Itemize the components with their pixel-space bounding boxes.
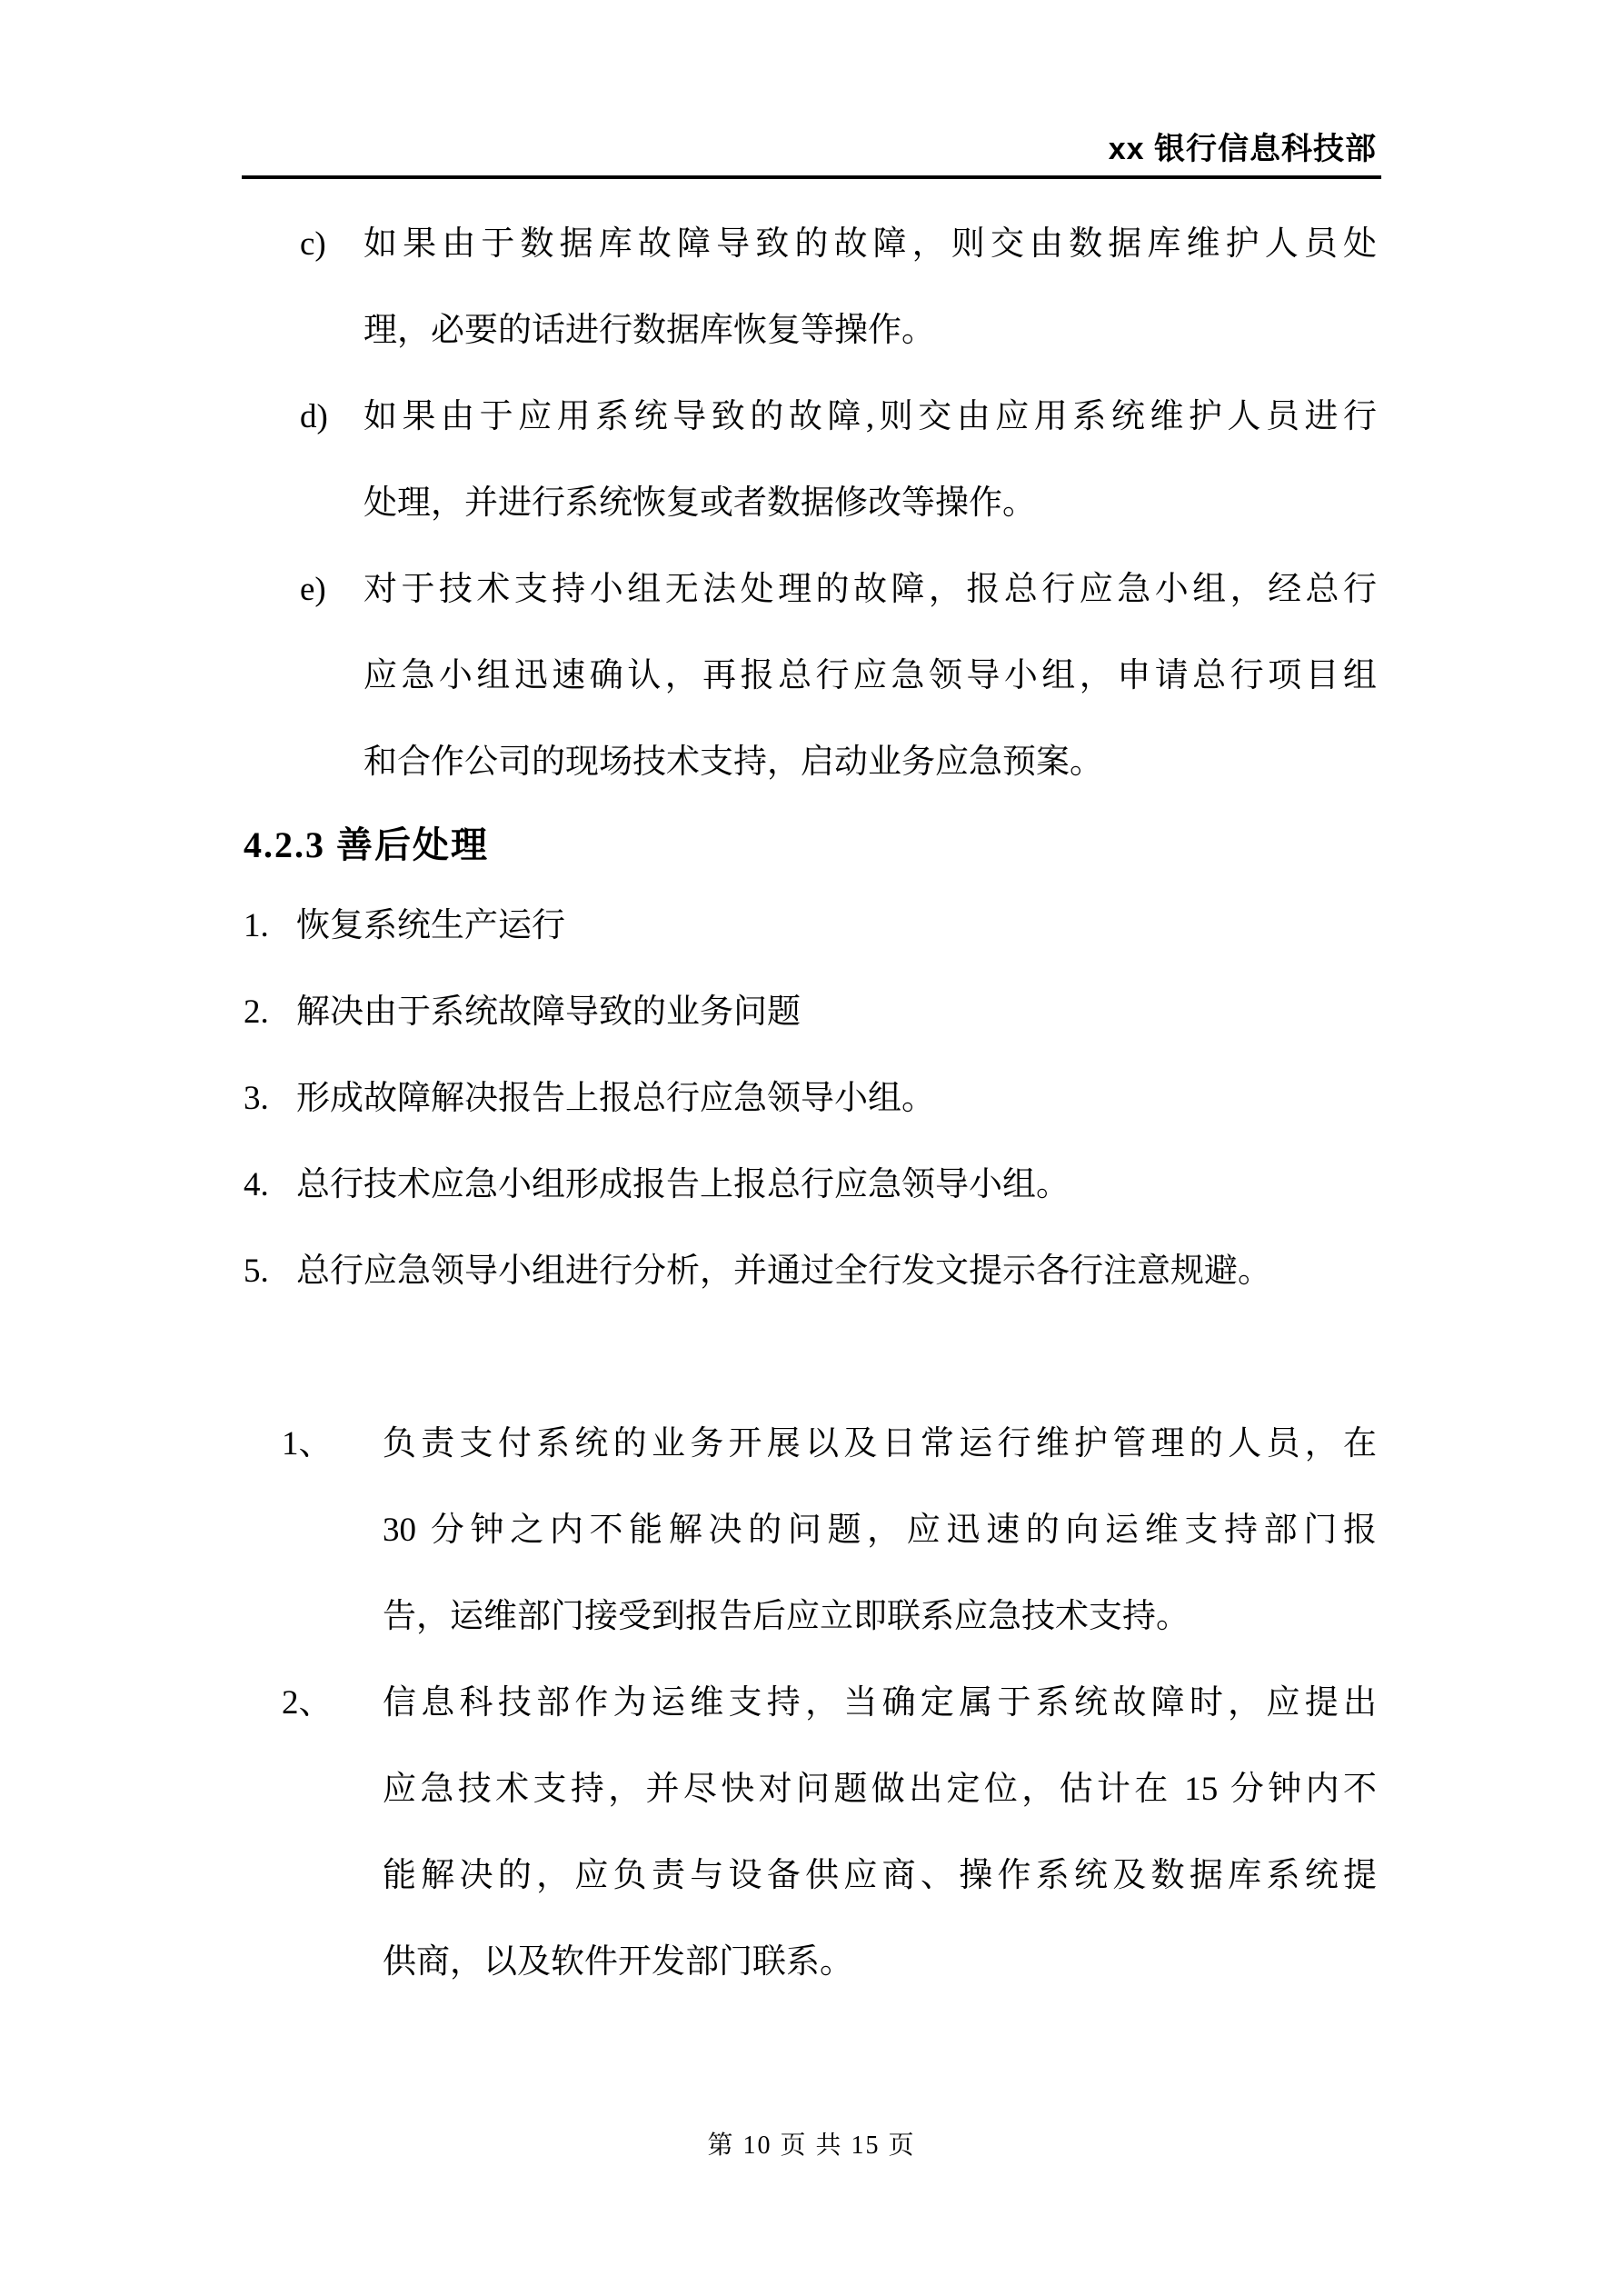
text-line: 如果由于应用系统导致的故障,则交由应用系统维护人员进行	[363, 374, 1377, 460]
numbered-item-text: 形成故障解决报告上报总行应急领导小组。	[296, 1080, 935, 1117]
footer-page-number: 第 10 页 共 15 页	[0, 2125, 1623, 2161]
list-marker: 3.	[244, 1055, 296, 1142]
text-line: 信息科技部作为运维支持，当确定属于系统故障时，应提出	[383, 1660, 1377, 1746]
numbered-item: 3.形成故障解决报告上报总行应急领导小组。	[244, 1055, 1271, 1142]
sub-item-2: 2、 信息科技部作为运维支持，当确定属于系统故障时，应提出 应急技术支持，并尽快…	[383, 1660, 1377, 2005]
text-line: 对于技术支持小组无法处理的故障，报总行应急小组，经总行	[363, 546, 1377, 633]
list-marker-d: d)	[300, 374, 328, 460]
lettered-item-e: e) 对于技术支持小组无法处理的故障，报总行应急小组，经总行 应急小组迅速确认，…	[363, 546, 1377, 805]
numbered-item: 2.解决由于系统故障导致的业务问题	[244, 969, 1271, 1055]
list-marker: 1.	[244, 883, 296, 969]
document-page: xx 银行信息科技部 c) 如果由于数据库故障导致的故障，则交由数据库维护人员处…	[0, 0, 1623, 2296]
list-marker-1: 1、	[282, 1401, 333, 1487]
text-line: 如果由于数据库故障导致的故障，则交由数据库维护人员处	[363, 201, 1377, 287]
lettered-item-c: c) 如果由于数据库故障导致的故障，则交由数据库维护人员处 理，必要的话进行数据…	[363, 201, 1377, 374]
text-line: 告，运维部门接受到报告后应立即联系应急技术支持。	[383, 1573, 1377, 1660]
section-heading: 4.2.3 善后处理	[244, 802, 489, 888]
list-marker-c: c)	[300, 201, 326, 287]
text-line: 30 分钟之内不能解决的问题，应迅速的向运维支持部门报	[383, 1487, 1377, 1573]
text-line: 供商，以及软件开发部门联系。	[383, 1919, 1377, 2005]
list-marker: 2.	[244, 969, 296, 1055]
text-line: 处理，并进行系统恢复或者数据修改等操作。	[363, 460, 1377, 546]
sub-item-1: 1、 负责支付系统的业务开展以及日常运行维护管理的人员，在 30 分钟之内不能解…	[383, 1401, 1377, 1660]
text-line: 理，必要的话进行数据库恢复等操作。	[363, 287, 1377, 374]
numbered-item-text: 解决由于系统故障导致的业务问题	[296, 993, 801, 1031]
header-rule	[242, 175, 1381, 179]
list-marker: 5.	[244, 1228, 296, 1314]
header-department-title: xx 银行信息科技部	[1109, 124, 1377, 168]
numbered-item-text: 恢复系统生产运行	[296, 907, 565, 944]
numbered-list: 1.恢复系统生产运行 2.解决由于系统故障导致的业务问题 3.形成故障解决报告上…	[244, 883, 1271, 1314]
numbered-item: 1.恢复系统生产运行	[244, 883, 1271, 969]
numbered-item: 4.总行技术应急小组形成报告上报总行应急领导小组。	[244, 1142, 1271, 1228]
text-line: 负责支付系统的业务开展以及日常运行维护管理的人员，在	[383, 1401, 1377, 1487]
list-marker-2: 2、	[282, 1660, 333, 1746]
numbered-item-text: 总行技术应急小组形成报告上报总行应急领导小组。	[296, 1166, 1070, 1203]
numbered-item: 5.总行应急领导小组进行分析，并通过全行发文提示各行注意规避。	[244, 1228, 1271, 1314]
list-marker: 4.	[244, 1142, 296, 1228]
numbered-item-text: 总行应急领导小组进行分析，并通过全行发文提示各行注意规避。	[296, 1253, 1271, 1290]
list-marker-e: e)	[300, 546, 326, 633]
lettered-item-d: d) 如果由于应用系统导致的故障,则交由应用系统维护人员进行 处理，并进行系统恢…	[363, 374, 1377, 546]
text-line: 能解决的，应负责与设备供应商、操作系统及数据库系统提	[383, 1832, 1377, 1919]
text-line: 应急技术支持，并尽快对问题做出定位，估计在 15 分钟内不	[383, 1746, 1377, 1832]
text-line: 应急小组迅速确认，再报总行应急领导小组，申请总行项目组	[363, 633, 1377, 719]
text-line: 和合作公司的现场技术支持，启动业务应急预案。	[363, 719, 1377, 805]
